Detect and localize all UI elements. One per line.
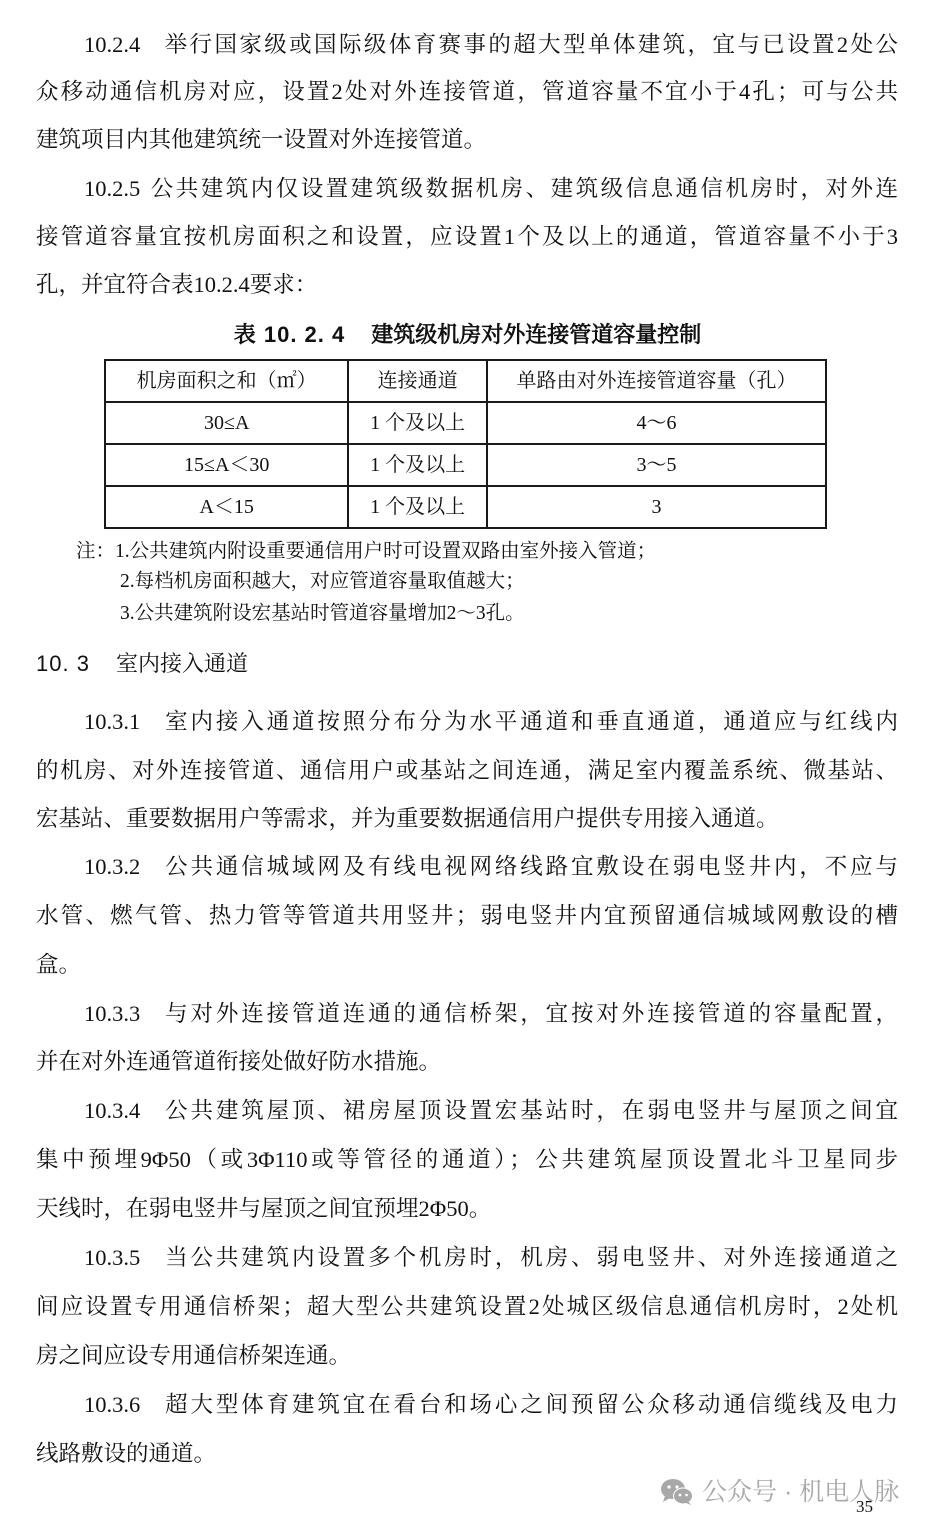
clause-number: 10.2.4 [84,30,140,60]
clause-number: 10.2.5 [84,174,140,204]
clause-line: 10.3.4公共建筑屋顶、裙房屋顶设置宏基站时，在弱电竖井与屋顶之间宜 [84,1096,898,1126]
table-note-3: 3.公共建筑附设宏基站时管道容量增加2～3孔。 [76,600,525,628]
clause-line: 10.2.4举行国家级或国际级体育赛事的超大型单体建筑，宜与已设置2处公 [84,30,898,60]
section-number: 10. 3 [36,651,90,676]
header-capacity: 单路由对外连接管道容量（孔） [487,360,826,402]
clause-line: 建筑项目内其他建筑统一设置对外连接管道。 [36,125,898,155]
clause-line: 众移动通信机房对应，设置2处对外连接管道，管道容量不宜小于4孔；可与公共 [36,77,898,107]
header-area: 机房面积之和（㎡） [105,360,348,402]
table-caption-title: 建筑级机房对外连接管道容量控制 [371,322,701,347]
clause-line: 线路敷设的通道。 [36,1439,898,1469]
clause-line: 接管道容量宜按机房面积之和设置，应设置1个及以上的通道，管道容量不小于3 [36,222,898,252]
table-note-2: 2.每档机房面积越大，对应管道容量取值越大； [76,568,525,596]
clause-number: 10.3.1 [84,707,140,737]
table-caption: 表 10. 2. 4建筑级机房对外连接管道容量控制 [0,320,935,350]
page-number: 35 [856,1497,873,1517]
clause-line: 水管、燃气管、热力管等管道共用竖井；弱电竖井内宜预留通信城域网敷设的槽 [36,901,898,931]
cell-area: A＜15 [105,486,348,528]
cell-area: 15≤A＜30 [105,444,348,486]
cell-capacity: 4～6 [487,402,826,444]
clause-line: 10.3.3与对外连接管道连通的通信桥架，宜按对外连接管道的容量配置， [84,999,898,1029]
wechat-icon [660,1478,694,1506]
clause-line: 盒。 [36,950,898,980]
clause-line: 集中预埋9Φ50（或3Φ110或等管径的通道）；公共建筑屋顶设置北斗卫星同步 [36,1145,898,1175]
cell-area: 30≤A [105,402,348,444]
clause-number: 10.3.4 [84,1096,140,1126]
clause-line: 10.3.2公共通信城域网及有线电视网络线路宜敷设在弱电竖井内，不应与 [84,852,898,882]
table-note-1: 注：1.公共建筑内附设重要通信用户时可设置双路由室外接入管道； [76,538,656,566]
clause-line: 孔，并宜符合表10.2.4要求： [36,270,898,300]
section-heading: 10. 3室内接入通道 [36,649,248,679]
clause-number: 10.3.5 [84,1243,140,1273]
clause-line: 房之间应设专用通信桥架连通。 [36,1341,898,1371]
cell-capacity: 3 [487,486,826,528]
clause-line: 间应设置专用通信桥架；超大型公共建筑设置2处城区级信息通信机房时，2处机 [36,1292,898,1322]
cell-capacity: 3～5 [487,444,826,486]
clause-line: 10.3.6超大型体育建筑宜在看台和场心之间预留公众移动通信缆线及电力 [84,1390,898,1420]
clause-number: 10.3.3 [84,999,140,1029]
cell-channel: 1 个及以上 [348,444,487,486]
clause-line: 10.3.5当公共建筑内设置多个机房时，机房、弱电竖井、对外连接通道之 [84,1243,898,1273]
pipe-capacity-table: 机房面积之和（㎡） 连接通道 单路由对外连接管道容量（孔） 30≤A 1 个及以… [104,359,827,529]
cell-channel: 1 个及以上 [348,486,487,528]
clause-line: 10.3.1室内接入通道按照分布分为水平通道和垂直通道，通道应与红线内 [84,707,898,737]
table-header-row: 机房面积之和（㎡） 连接通道 单路由对外连接管道容量（孔） [105,360,826,402]
table-row: 15≤A＜30 1 个及以上 3～5 [105,444,826,486]
clause-number: 10.3.2 [84,852,140,882]
cell-channel: 1 个及以上 [348,402,487,444]
clause-line: 天线时，在弱电竖井与屋顶之间宜预埋2Φ50。 [36,1194,898,1224]
table-caption-number: 表 10. 2. 4 [234,322,346,347]
table-row: 30≤A 1 个及以上 4～6 [105,402,826,444]
section-title: 室内接入通道 [116,651,248,676]
clause-line: 宏基站、重要数据用户等需求，并为重要数据通信用户提供专用接入通道。 [36,804,898,834]
clause-line: 并在对外连通管道衔接处做好防水措施。 [36,1047,898,1077]
table-row: A＜15 1 个及以上 3 [105,486,826,528]
header-channel: 连接通道 [348,360,487,402]
clause-line: 的机房、对外连接管道、通信用户或基站之间连通，满足室内覆盖系统、微基站、 [36,756,898,786]
clause-number: 10.3.6 [84,1390,140,1420]
clause-line: 10.2.5公共建筑内仅设置建筑级数据机房、建筑级信息通信机房时，对外连 [84,174,898,204]
